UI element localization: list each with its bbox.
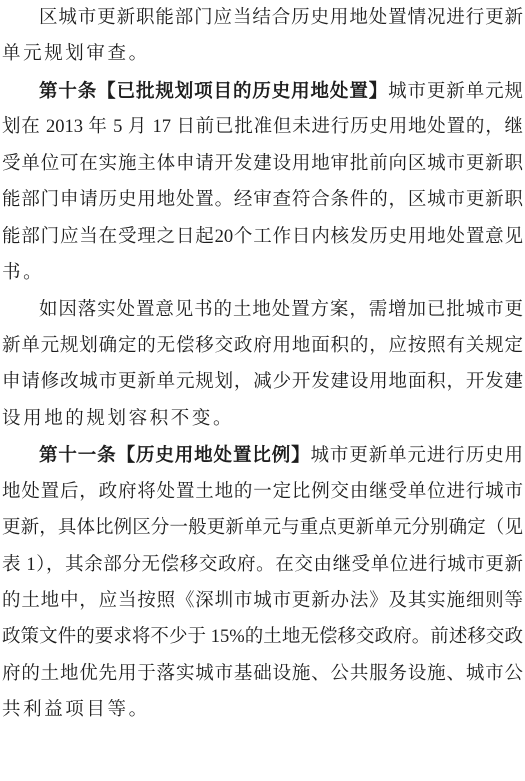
text-line: 单元规划审查。 <box>2 36 523 72</box>
text-line: 的土地中，应当按照《深圳市城市更新办法》及其实施细则等 <box>2 583 523 619</box>
text-line: 更新，具体比例区分一般更新单元与重点更新单元分别确定（见 <box>2 510 523 546</box>
text-line: 政策文件的要求将不少于 15%的土地无偿移交政府。前述移交政 <box>2 619 523 655</box>
text-line: 第十条【已批规划项目的历史用地处置】城市更新单元规 <box>2 73 523 109</box>
text-segment: 能部门应当在受理之日起20个工作日内核发历史用地处置意见 <box>2 227 523 247</box>
text-line: 地处置后，政府将处置土地的一定比例交由继受单位进行城市 <box>2 474 523 510</box>
text-segment: 政策文件的要求将不少于 15%的土地无偿移交政府。前述移交政 <box>2 627 523 647</box>
clause-heading-segment: 第十一条【历史用地处置比例】 <box>39 444 311 465</box>
document-body: 区城市更新职能部门应当结合历史用地处置情况进行更新单元规划审查。第十条【已批规划… <box>2 0 523 729</box>
text-line: 能部门申请历史用地处置。经审查符合条件的，区城市更新职 <box>2 182 523 218</box>
text-segment: 共利益项目等。 <box>2 700 150 720</box>
text-segment: 受单位可在实施主体申请开发建设用地审批前向区城市更新职 <box>2 154 523 174</box>
text-segment: 城市更新单元进行历史用 <box>311 446 523 466</box>
text-line: 新单元规划确定的无偿移交政府用地面积的，应按照有关规定 <box>2 328 523 364</box>
text-segment: 更新，具体比例区分一般更新单元与重点更新单元分别确定（见 <box>2 518 523 538</box>
text-line: 如因落实处置意见书的土地处置方案，需增加已批城市更 <box>2 292 523 328</box>
text-segment: 如因落实处置意见书的土地处置方案，需增加已批城市更 <box>39 300 523 320</box>
text-line: 划在 2013 年 5 月 17 日前已批准但未进行历史用地处置的，继 <box>2 109 523 145</box>
document-page: 区城市更新职能部门应当结合历史用地处置情况进行更新单元规划审查。第十条【已批规划… <box>0 0 525 781</box>
text-segment: 申请修改城市更新单元规划，减少开发建设用地面积，开发建 <box>2 372 523 392</box>
text-line: 设用地的规划容积不变。 <box>2 401 523 437</box>
text-line: 能部门应当在受理之日起20个工作日内核发历史用地处置意见 <box>2 219 523 255</box>
text-line: 申请修改城市更新单元规划，减少开发建设用地面积，开发建 <box>2 364 523 400</box>
text-segment: 新单元规划确定的无偿移交政府用地面积的，应按照有关规定 <box>2 336 523 356</box>
clause-heading-segment: 第十条【已批规划项目的历史用地处置】 <box>39 80 388 101</box>
text-segment: 区城市更新职能部门应当结合历史用地处置情况进行更新 <box>39 8 523 28</box>
text-line: 受单位可在实施主体申请开发建设用地审批前向区城市更新职 <box>2 146 523 182</box>
text-line: 府的土地优先用于落实城市基础设施、公共服务设施、城市公 <box>2 656 523 692</box>
text-segment: 府的土地优先用于落实城市基础设施、公共服务设施、城市公 <box>2 664 523 684</box>
text-segment: 划在 2013 年 5 月 17 日前已批准但未进行历史用地处置的，继 <box>2 117 523 137</box>
text-line: 共利益项目等。 <box>2 692 523 728</box>
text-segment: 书。 <box>2 263 44 283</box>
text-line: 书。 <box>2 255 523 291</box>
text-line: 表 1），其余部分无偿移交政府。在交由继受单位进行城市更新 <box>2 547 523 583</box>
text-segment: 单元规划审查。 <box>2 44 150 64</box>
text-segment: 的土地中，应当按照《深圳市城市更新办法》及其实施细则等 <box>2 591 523 611</box>
text-segment: 设用地的规划容积不变。 <box>2 409 234 429</box>
text-line: 第十一条【历史用地处置比例】城市更新单元进行历史用 <box>2 437 523 473</box>
text-line: 区城市更新职能部门应当结合历史用地处置情况进行更新 <box>2 0 523 36</box>
text-segment: 能部门申请历史用地处置。经审查符合条件的，区城市更新职 <box>2 190 523 210</box>
text-segment: 城市更新单元规 <box>388 82 523 102</box>
text-segment: 地处置后，政府将处置土地的一定比例交由继受单位进行城市 <box>2 482 523 502</box>
text-segment: 表 1），其余部分无偿移交政府。在交由继受单位进行城市更新 <box>2 555 523 575</box>
